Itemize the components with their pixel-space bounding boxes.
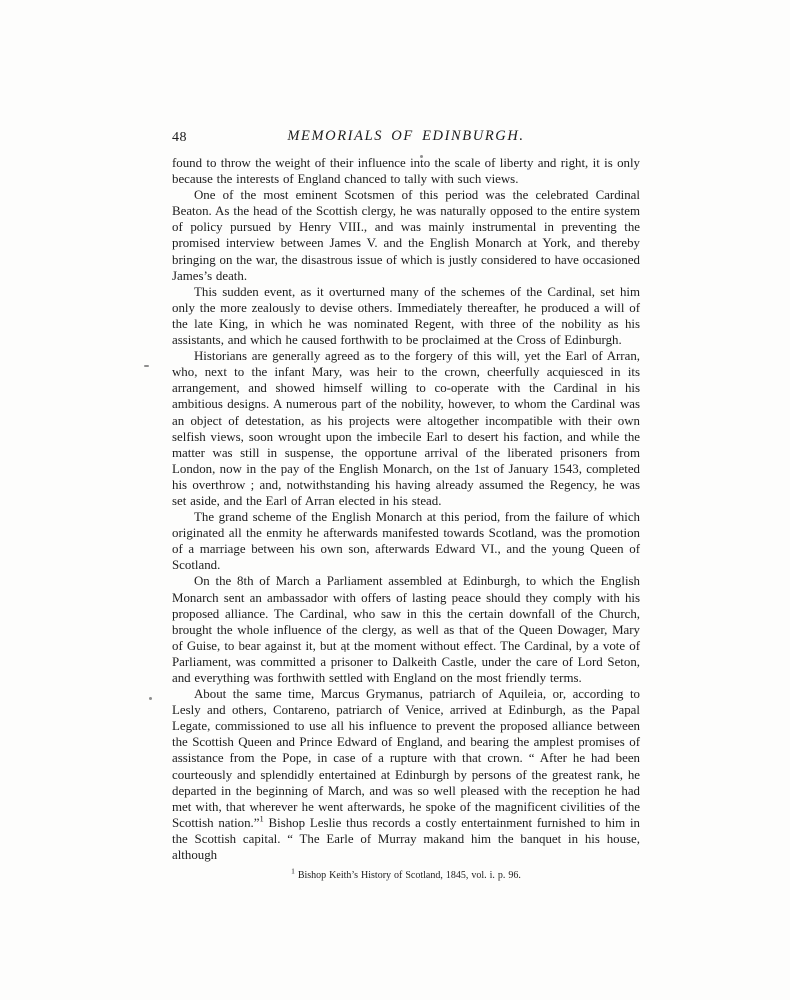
page-number: 48 — [172, 130, 187, 146]
scan-speck — [360, 648, 362, 650]
footnote-text: Bishop Keith’s History of Scotland, 1845… — [295, 870, 521, 881]
scan-speck — [560, 806, 562, 808]
paragraph: One of the most eminent Scotsmen of this… — [172, 187, 640, 284]
book-page-scan: 48 MEMORIALS OF EDINBURGH. found to thro… — [0, 0, 790, 1000]
paragraph: The grand scheme of the English Monarch … — [172, 509, 640, 573]
paragraph-text: About the same time, Marcus Grymanus, pa… — [172, 687, 640, 830]
paragraph: found to throw the weight of their influ… — [172, 155, 640, 187]
paragraph: Historians are generally agreed as to th… — [172, 348, 640, 509]
paragraph: On the 8th of March a Parliament assembl… — [172, 573, 640, 686]
scan-speck — [144, 365, 149, 367]
page-header: 48 MEMORIALS OF EDINBURGH. — [172, 128, 640, 148]
footnote: 1 Bishop Keith’s History of Scotland, 18… — [172, 870, 640, 882]
scan-speck — [149, 697, 152, 700]
running-head: MEMORIALS OF EDINBURGH. — [172, 128, 640, 145]
text-block: found to throw the weight of their influ… — [172, 155, 640, 882]
scan-speck — [344, 650, 346, 652]
scan-speck — [420, 155, 423, 158]
paragraph: This sudden event, as it overturned many… — [172, 284, 640, 348]
paragraph-with-footnote: About the same time, Marcus Grymanus, pa… — [172, 686, 640, 863]
